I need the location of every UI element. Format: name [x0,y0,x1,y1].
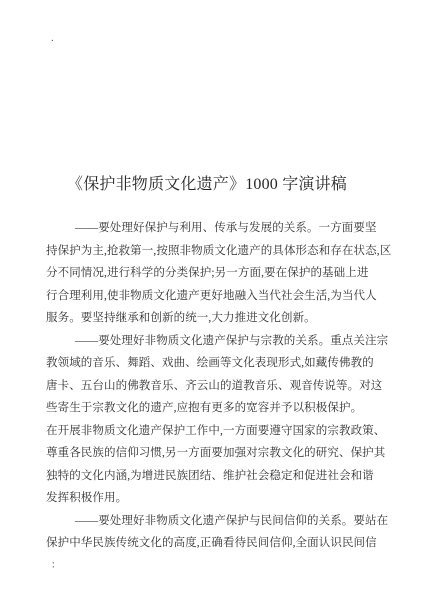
document-title: 《保护非物质文化遗产》1000 字演讲稿 [67,175,347,194]
text-line: ——要处理好非物质文化遗产保护与民间信仰的关系。要站在 [46,510,398,533]
clipped-character-fragment: ： [46,555,398,578]
document-body: ——要处理好保护与利用、传承与发展的关系。一方面要坚 持保护为主,抢救第一,按照… [46,217,398,577]
text-line: 服务。要坚持继承和创新的统一,大力推进文化创新。 [46,307,398,330]
text-line: 唐卡、五台山的佛教音乐、齐云山的道教音乐、观音传说等。对这 [46,375,398,398]
document-page: . 《保护非物质文化遗产》1000 字演讲稿 ——要处理好保护与利用、传承与发展… [0,0,423,600]
text-line: 在开展非物质文化遗产保护工作中,一方面要遵守国家的宗教政策、 [46,420,398,443]
text-line: 行合理利用,使非物质文化遗产更好地融入当代社会生活,为当代人 [46,285,398,308]
text-line: 独特的文化内涵,为增进民族团结、维护社会稳定和促进社会和谐 [46,465,398,488]
text-line: 发挥积极作用。 [46,487,398,510]
text-line: ——要处理好非物质文化遗产保护与宗教的关系。重点关注宗 [46,330,398,353]
text-line: 些寄生于宗教文化的遗产,应抱有更多的宽容并予以积极保护。 [46,397,398,420]
text-line: 持保护为主,抢救第一,按照非物质文化遗产的具体形态和存在状态,区 [46,240,398,263]
stray-speck: . [51,32,54,44]
text-line: 尊重各民族的信仰习惯,另一方面要加强对宗教文化的研究、保护其 [46,442,398,465]
text-line: ——要处理好保护与利用、传承与发展的关系。一方面要坚 [46,217,398,240]
text-line: 教领域的音乐、舞蹈、戏曲、绘画等文化表现形式,如藏传佛教的 [46,352,398,375]
text-line: 保护中华民族传统文化的高度,正确看待民间信仰,全面认识民间信 [46,532,398,555]
text-line: 分不同情况,进行科学的分类保护;另一方面,要在保护的基础上进 [46,262,398,285]
